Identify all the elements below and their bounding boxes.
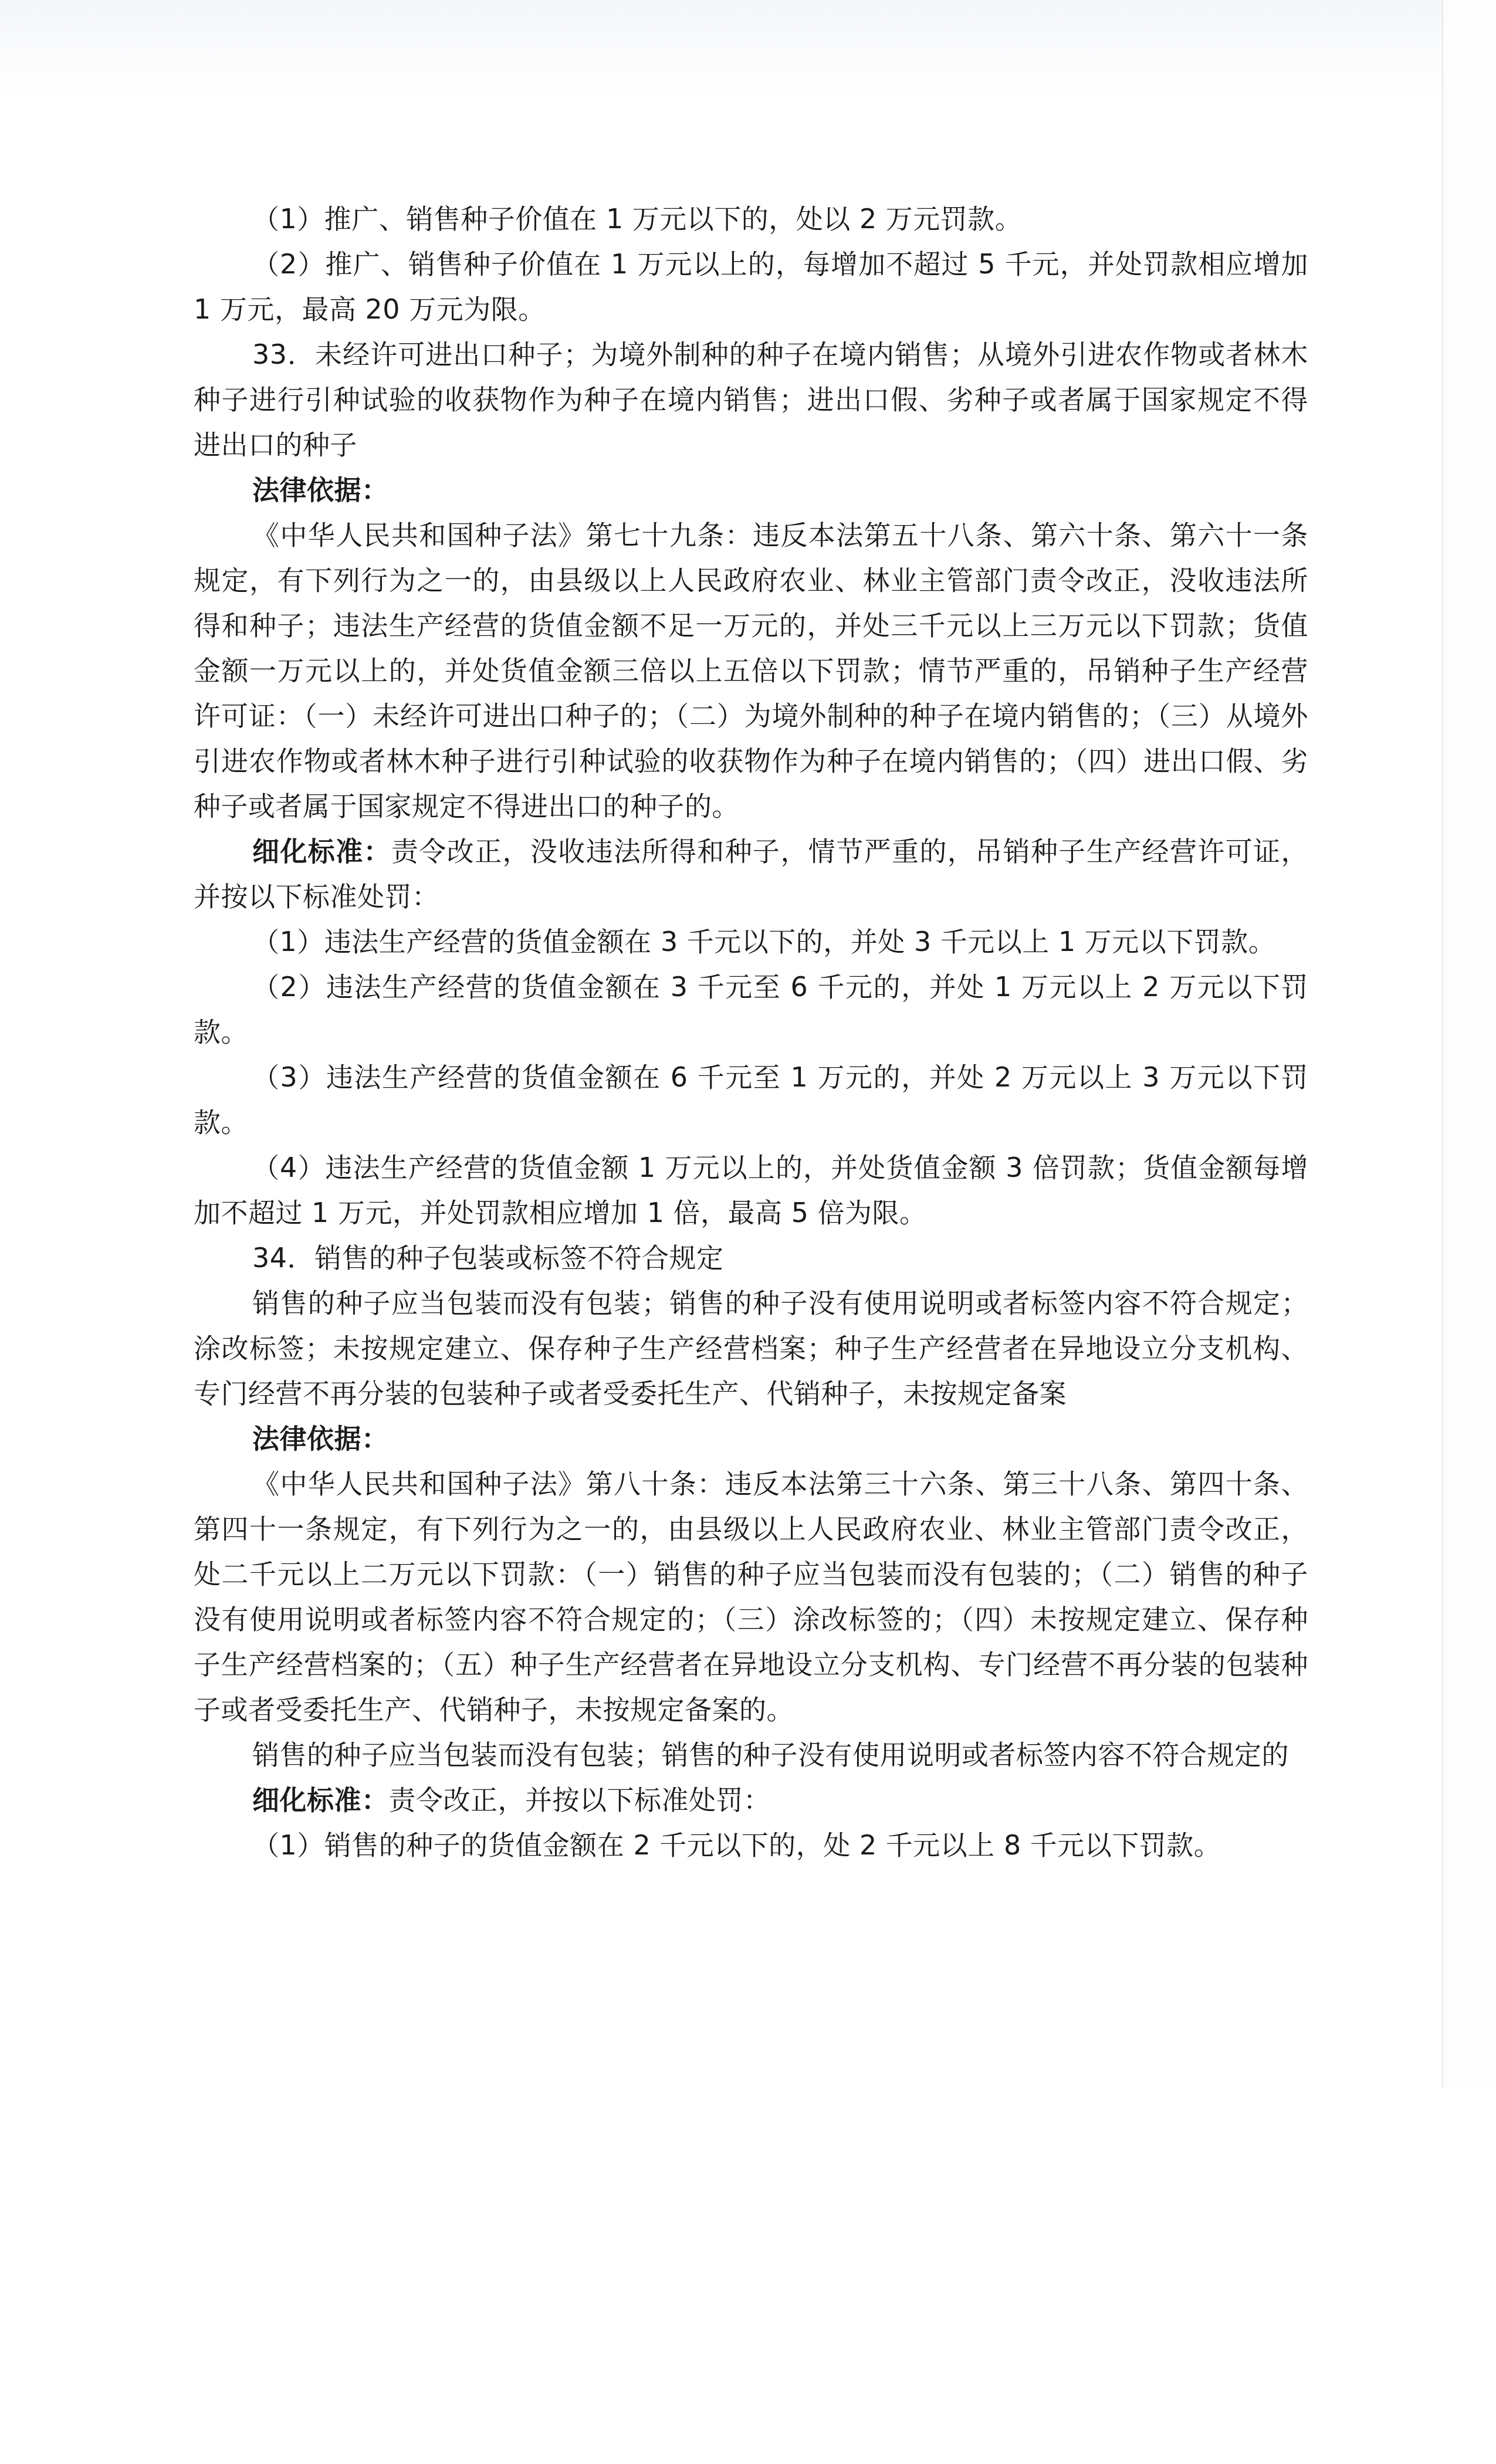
item-34-standard: 细化标准：责令改正，并按以下标准处罚： xyxy=(194,1778,1308,1823)
item-34-legal-basis-text: 《中华人民共和国种子法》第八十条：违反本法第三十六条、第三十八条、第四十条、第四… xyxy=(194,1461,1308,1732)
scan-edge-right xyxy=(1442,0,1496,2089)
item-34-title: 34．销售的种子包装或标签不符合规定 xyxy=(194,1236,1308,1281)
item-33-standard: 细化标准：责令改正，没收违法所得和种子，情节严重的，吊销种子生产经营许可证，并按… xyxy=(194,829,1308,919)
item-33-standard-label: 细化标准： xyxy=(252,835,391,867)
item-33-standard-3: （3）违法生产经营的货值金额在 6 千元至 1 万元的，并处 2 万元以上 3 … xyxy=(194,1055,1308,1145)
document-page: （1）推广、销售种子价值在 1 万元以下的，处以 2 万元罚款。 （2）推广、销… xyxy=(194,197,1308,1868)
item-34-description: 销售的种子应当包装而没有包装；销售的种子没有使用说明或者标签内容不符合规定；涂改… xyxy=(194,1281,1308,1416)
penalty-clause-2: （2）推广、销售种子价值在 1 万元以上的，每增加不超过 5 千元，并处罚款相应… xyxy=(194,242,1308,332)
item-34-standard-1: （1）销售的种子的货值金额在 2 千元以下的，处 2 千元以上 8 千元以下罚款… xyxy=(194,1823,1308,1868)
penalty-clause-1: （1）推广、销售种子价值在 1 万元以下的，处以 2 万元罚款。 xyxy=(194,197,1308,242)
item-33-standard-1: （1）违法生产经营的货值金额在 3 千元以下的，并处 3 千元以上 1 万元以下… xyxy=(194,919,1308,964)
item-33-standard-2: （2）违法生产经营的货值金额在 3 千元至 6 千元的，并处 1 万元以上 2 … xyxy=(194,964,1308,1055)
item-33-legal-basis-text: 《中华人民共和国种子法》第七十九条：违反本法第五十八条、第六十条、第六十一条规定… xyxy=(194,513,1308,829)
item-34-standard-label: 细化标准： xyxy=(252,1784,389,1816)
item-34-legal-basis-label: 法律依据： xyxy=(194,1416,1308,1461)
scan-edge-top xyxy=(0,0,1496,106)
item-33-legal-basis-label: 法律依据： xyxy=(194,468,1308,513)
item-34-sub-description: 销售的种子应当包装而没有包装；销售的种子没有使用说明或者标签内容不符合规定的 xyxy=(194,1732,1308,1778)
item-33-title: 33．未经许可进出口种子；为境外制种的种子在境内销售；从境外引进农作物或者林木种… xyxy=(194,332,1308,468)
item-33-standard-4: （4）违法生产经营的货值金额 1 万元以上的，并处货值金额 3 倍罚款；货值金额… xyxy=(194,1145,1308,1236)
item-34-standard-text: 责令改正，并按以下标准处罚： xyxy=(389,1784,771,1816)
